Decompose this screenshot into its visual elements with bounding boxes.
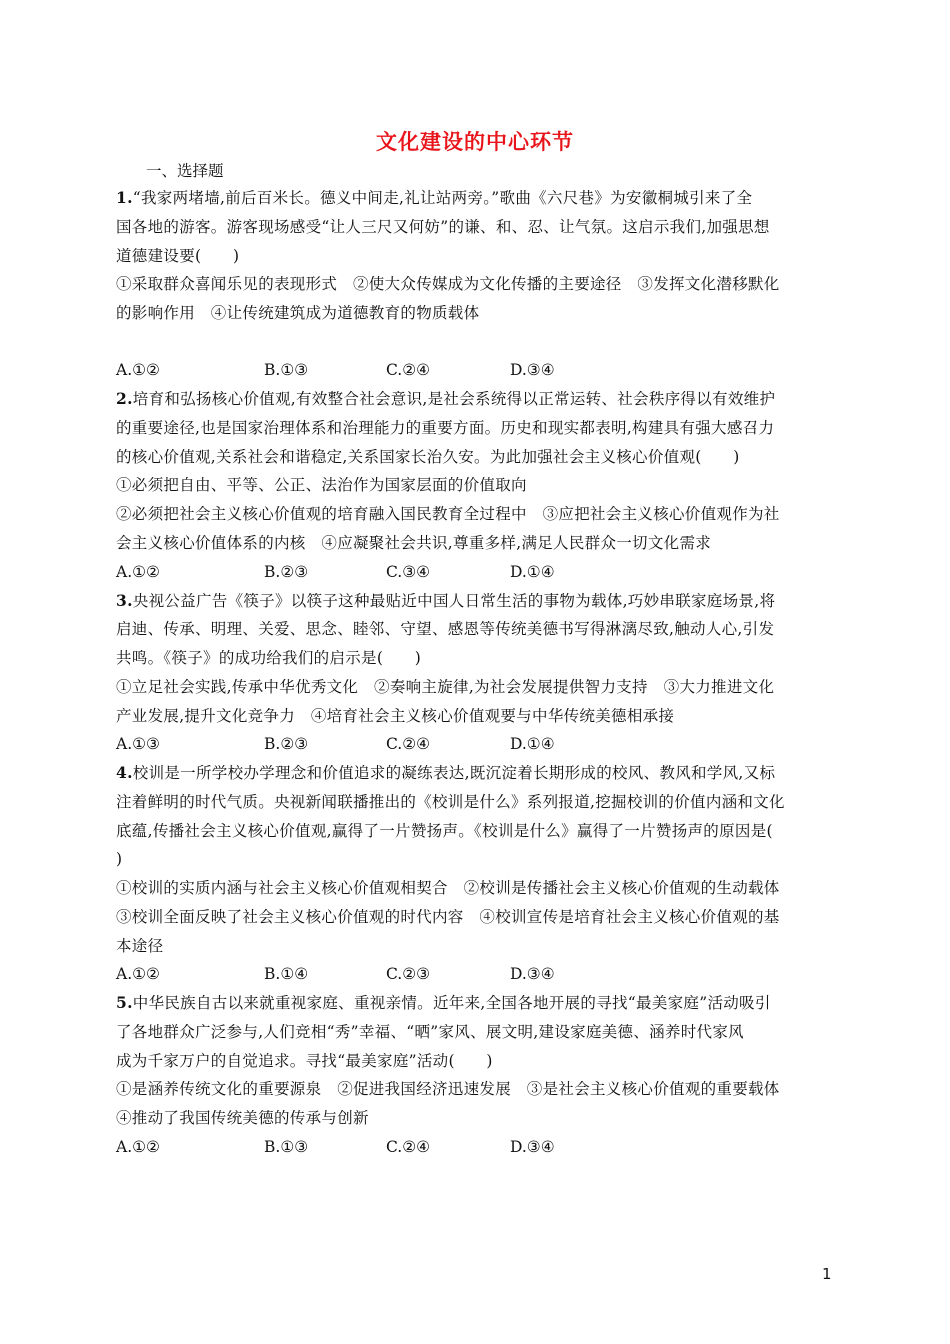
question-option-line: 产业发展,提升文化竞争力 ④培育社会主义核心价值观要与中华传统美德相承接	[116, 706, 836, 726]
question-stem-line: 注着鲜明的时代气质。央视新闻联播推出的《校训是什么》系列报道,挖掘校训的价值内涵…	[116, 792, 836, 812]
question-stem-line: 底蕴,传播社会主义核心价值观,赢得了一片赞扬声。《校训是什么》赢得了一片赞扬声的…	[116, 821, 836, 841]
question-stem-line: 的核心价值观,关系社会和谐稳定,关系国家长治久安。为此加强社会主义核心价值观( …	[116, 447, 836, 467]
question-option-line: ④推动了我国传统美德的传承与创新	[116, 1108, 836, 1128]
document-page: 文化建设的中心环节 一、选择题 1.“我家两堵墙,前后百米长。德义中间走,礼让站…	[0, 0, 950, 1344]
question-number: 1.	[116, 188, 133, 207]
page-number: 1	[822, 1265, 832, 1283]
choice-b: B.②③	[264, 562, 308, 582]
question-option-line: ①立足社会实践,传承中华优秀文化 ②奏响主旋律,为社会发展提供智力支持 ③大力推…	[116, 677, 836, 697]
choice-a: A.①②	[116, 1137, 160, 1157]
question-stem-line: 4.校训是一所学校办学理念和价值追求的凝练表达,既沉淀着长期形成的校风、教风和学…	[116, 763, 836, 783]
choice-c: C.②④	[386, 1137, 430, 1157]
choice-a: A.①③	[116, 734, 160, 754]
choice-d: D.③④	[510, 360, 555, 380]
document-title: 文化建设的中心环节	[0, 126, 950, 156]
question-stem-line: 成为千家万户的自觉追求。寻找“最美家庭”活动( )	[116, 1051, 836, 1071]
question-option-line: 会主义核心价值体系的内核 ④应凝聚社会共识,尊重多样,满足人民群众一切文化需求	[116, 533, 836, 553]
choice-d: D.③④	[510, 1137, 555, 1157]
question-stem-line: 5.中华民族自古以来就重视家庭、重视亲情。近年来,全国各地开展的寻找“最美家庭”…	[116, 993, 836, 1013]
choice-c: C.③④	[386, 562, 430, 582]
question-stem-line: 2.培育和弘扬核心价值观,有效整合社会意识,是社会系统得以正常运转、社会秩序得以…	[116, 389, 836, 409]
choice-c: C.②③	[386, 964, 430, 984]
question-stem-line: )	[116, 849, 836, 869]
question-option-line: ③校训全面反映了社会主义核心价值观的时代内容 ④校训宣传是培育社会主义核心价值观…	[116, 907, 836, 927]
choice-d: D.③④	[510, 964, 555, 984]
question-stem-line: 1.“我家两堵墙,前后百米长。德义中间走,礼让站两旁。”歌曲《六尺巷》为安徽桐城…	[116, 188, 836, 208]
choice-a: A.①②	[116, 562, 160, 582]
question-option-line: ①校训的实质内涵与社会主义核心价值观相契合 ②校训是传播社会主义核心价值观的生动…	[116, 878, 836, 898]
question-stem-line: 了各地群众广泛参与,人们竞相“秀”幸福、“晒”家风、展文明,建设家庭美德、涵养时…	[116, 1022, 836, 1042]
section-heading: 一、选择题	[146, 159, 224, 181]
choice-d: D.①④	[510, 562, 555, 582]
question-number: 4.	[116, 763, 133, 782]
question-stem-line: 国各地的游客。游客现场感受“让人三尺又何妨”的谦、和、忍、让气氛。这启示我们,加…	[116, 217, 836, 237]
question-option-line: ①采取群众喜闻乐见的表现形式 ②使大众传媒成为文化传播的主要途径 ③发挥文化潜移…	[116, 274, 836, 294]
question-option-line: ①是涵养传统文化的重要源泉 ②促进我国经济迅速发展 ③是社会主义核心价值观的重要…	[116, 1079, 836, 1099]
choice-c: C.②④	[386, 360, 430, 380]
question-option-line: 的影响作用 ④让传统建筑成为道德教育的物质载体	[116, 303, 836, 323]
choice-b: B.①③	[264, 1137, 308, 1157]
question-stem-line: 共鸣。《筷子》的成功给我们的启示是( )	[116, 648, 836, 668]
question-stem-line: 3.央视公益广告《筷子》以筷子这种最贴近中国人日常生活的事物为载体,巧妙串联家庭…	[116, 591, 836, 611]
question-number: 5.	[116, 993, 133, 1012]
choice-b: B.①④	[264, 964, 308, 984]
choice-a: A.①②	[116, 964, 160, 984]
question-option-line: 本途径	[116, 936, 836, 956]
question-stem-line: 启迪、传承、明理、关爱、思念、睦邻、守望、感恩等传统美德书写得淋漓尽致,触动人心…	[116, 619, 836, 639]
question-stem-line: 的重要途径,也是国家治理体系和治理能力的重要方面。历史和现实都表明,构建具有强大…	[116, 418, 836, 438]
choice-b: B.①③	[264, 360, 308, 380]
choice-a: A.①②	[116, 360, 160, 380]
question-number: 2.	[116, 389, 133, 408]
question-number: 3.	[116, 591, 133, 610]
choice-b: B.②③	[264, 734, 308, 754]
question-option-line: ②必须把社会主义核心价值观的培育融入国民教育全过程中 ③应把社会主义核心价值观作…	[116, 504, 836, 524]
choice-d: D.①④	[510, 734, 555, 754]
question-stem-line: 道德建设要( )	[116, 246, 836, 266]
choice-c: C.②④	[386, 734, 430, 754]
question-option-line: ①必须把自由、平等、公正、法治作为国家层面的价值取向	[116, 475, 836, 495]
